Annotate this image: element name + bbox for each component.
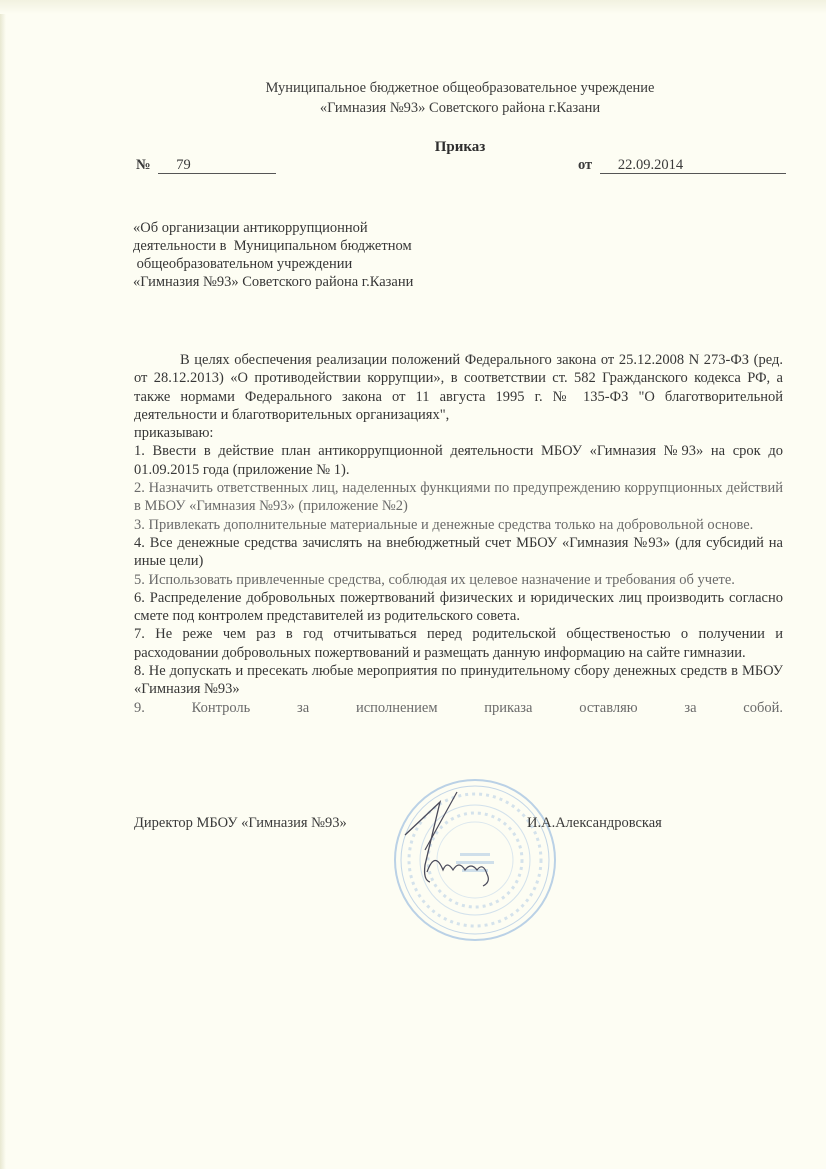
subject-line: деятельности в Муниципальном бюджетном [133, 237, 413, 255]
order-item-9: 9. Контроль за исполнением приказа остав… [134, 699, 783, 717]
order-item-7: 7. Не реже чем раз в год отчитываться пе… [134, 625, 783, 662]
order-body: В целях обеспечения реализации положений… [134, 351, 783, 717]
order-item-3: 3. Привлекать дополнительные материальны… [134, 516, 783, 534]
subject-line: «Об организации антикоррупционной [133, 219, 413, 237]
subject-line: общеобразовательном учреждении [133, 255, 413, 273]
body-command: приказываю: [134, 424, 783, 442]
signatory-name: И.А.Александровская [527, 815, 662, 832]
paper-top-edge [0, 0, 826, 14]
institution-school: «Гимназия №93» Советского района г.Казан… [130, 98, 790, 118]
document-title: Приказ [130, 139, 790, 156]
order-item-2: 2. Назначить ответственных лиц, наделенн… [134, 479, 783, 516]
order-date-value: 22.09.2014 [600, 158, 786, 174]
institution-name: Муниципальное бюджетное общеобразователь… [130, 78, 790, 98]
director-signature-icon [395, 790, 525, 900]
body-intro: В целях обеспечения реализации положений… [134, 351, 783, 424]
order-subject: «Об организации антикоррупционнойдеятель… [133, 219, 413, 291]
order-item-5: 5. Использовать привлеченные средства, с… [134, 571, 783, 589]
order-number-label: № [136, 157, 151, 173]
order-date-label: от [578, 157, 592, 173]
order-date: от 22.09.2014 [578, 157, 786, 174]
order-item-8: 8. Не допускать и пресекать любые меропр… [134, 662, 783, 699]
order-item-4: 4. Все денежные средства зачислять на вн… [134, 534, 783, 571]
order-number: № 79 [136, 157, 276, 174]
signatory-position: Директор МБОУ «Гимназия №93» [134, 815, 347, 832]
order-number-value: 79 [158, 158, 276, 174]
order-item-6: 6. Распределение добровольных пожертвова… [134, 589, 783, 626]
institution-header: Муниципальное бюджетное общеобразователь… [130, 78, 790, 118]
subject-line: «Гимназия №93» Советского района г.Казан… [133, 273, 413, 291]
order-item-1: 1. Ввести в действие план антикоррупцион… [134, 442, 783, 479]
paper-left-edge [0, 0, 6, 1169]
